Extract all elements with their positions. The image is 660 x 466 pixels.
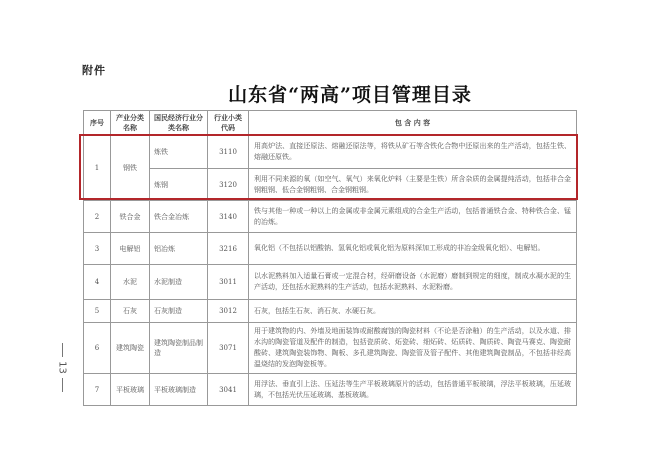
header-category: 国民经济行业分类名称 xyxy=(150,111,208,136)
row-no: 6 xyxy=(84,323,111,374)
row-no: 3 xyxy=(84,233,111,265)
header-no: 序号 xyxy=(84,111,111,136)
row-content: 铁与其他一种或一种以上的金属或非金属元素组成的合金生产活动，包括普通铁合金、特种… xyxy=(249,201,577,233)
row-industry: 钢铁 xyxy=(111,136,150,201)
row-category: 建筑陶瓷制品制造 xyxy=(150,323,208,374)
row-industry: 建筑陶瓷 xyxy=(111,323,150,374)
row-category: 水泥制造 xyxy=(150,265,208,300)
row-code: 3120 xyxy=(208,169,249,201)
table-row: 2 铁合金 铁合金冶炼 3140 铁与其他一种或一种以上的金属或非金属元素组成的… xyxy=(84,201,577,233)
table-row: 5 石灰 石灰制造 3012 石灰，包括生石灰、消石灰、水硬石灰。 xyxy=(84,300,577,323)
row-code: 3012 xyxy=(208,300,249,323)
row-industry: 铁合金 xyxy=(111,201,150,233)
row-code: 3041 xyxy=(208,374,249,406)
row-category: 炼钢 xyxy=(150,169,208,201)
row-industry: 水泥 xyxy=(111,265,150,300)
catalog-table: 序号 产业分类名称 国民经济行业分类名称 行业小类代码 包 含 内 容 1 钢铁… xyxy=(83,110,577,406)
row-no: 1 xyxy=(84,136,111,201)
row-content: 以水泥熟料加入适量石膏或一定混合材，经研磨设备（水泥磨）磨制到规定的细度，制成水… xyxy=(249,265,577,300)
table-header-row: 序号 产业分类名称 国民经济行业分类名称 行业小类代码 包 含 内 容 xyxy=(84,111,577,136)
row-code: 3140 xyxy=(208,201,249,233)
row-no: 2 xyxy=(84,201,111,233)
divider xyxy=(62,378,63,392)
row-category: 炼铁 xyxy=(150,136,208,169)
row-code: 3011 xyxy=(208,265,249,300)
row-code: 3071 xyxy=(208,323,249,374)
row-content: 用浮法、垂直引上法、压延法等生产平板玻璃原片的活动，包括普通平板玻璃，浮法平板玻… xyxy=(249,374,577,406)
row-industry: 石灰 xyxy=(111,300,150,323)
table-row: 炼钢 3120 利用不同来源的氧（如空气、氧气）来氧化炉料（主要是生铁）所含杂质… xyxy=(84,169,577,201)
table-row: 4 水泥 水泥制造 3011 以水泥熟料加入适量石膏或一定混合材，经研磨设备（水… xyxy=(84,265,577,300)
header-content: 包 含 内 容 xyxy=(249,111,577,136)
divider xyxy=(62,343,63,357)
page-title: 山东省“两高”项目管理目录 xyxy=(0,80,660,107)
page-number: 13 xyxy=(55,343,69,403)
header-industry: 产业分类名称 xyxy=(111,111,150,136)
page-number-text: 13 xyxy=(57,361,68,375)
row-industry: 电解铝 xyxy=(111,233,150,265)
row-content: 氧化铝（不包括以铝酸钠、氢氧化铝或氧化铝为原料深加工形成的非冶金级氧化铝）、电解… xyxy=(249,233,577,265)
table-row: 1 钢铁 炼铁 3110 用高炉法、直接还原法、熔融还原法等，将铁从矿石等含铁化… xyxy=(84,136,577,169)
attachment-label: 附件 xyxy=(82,62,106,78)
row-content: 石灰，包括生石灰、消石灰、水硬石灰。 xyxy=(249,300,577,323)
row-no: 7 xyxy=(84,374,111,406)
row-code: 3216 xyxy=(208,233,249,265)
row-content: 利用不同来源的氧（如空气、氧气）来氧化炉料（主要是生铁）所含杂质的金属提纯活动，… xyxy=(249,169,577,201)
row-no: 5 xyxy=(84,300,111,323)
row-category: 铁合金冶炼 xyxy=(150,201,208,233)
row-content: 用高炉法、直接还原法、熔融还原法等，将铁从矿石等含铁化合物中还原出来的生产活动，… xyxy=(249,136,577,169)
table-row: 6 建筑陶瓷 建筑陶瓷制品制造 3071 用于建筑物的内、外墙及地面装饰或耐酸腐… xyxy=(84,323,577,374)
row-content: 用于建筑物的内、外墙及地面装饰或耐酸腐蚀的陶瓷材料（不论是否涂釉）的生产活动，以… xyxy=(249,323,577,374)
table-row: 7 平板玻璃 平板玻璃制造 3041 用浮法、垂直引上法、压延法等生产平板玻璃原… xyxy=(84,374,577,406)
row-category: 平板玻璃制造 xyxy=(150,374,208,406)
row-no: 4 xyxy=(84,265,111,300)
table-row: 3 电解铝 铝冶炼 3216 氧化铝（不包括以铝酸钠、氢氧化铝或氧化铝为原料深加… xyxy=(84,233,577,265)
row-category: 石灰制造 xyxy=(150,300,208,323)
header-code: 行业小类代码 xyxy=(208,111,249,136)
row-industry: 平板玻璃 xyxy=(111,374,150,406)
row-category: 铝冶炼 xyxy=(150,233,208,265)
row-code: 3110 xyxy=(208,136,249,169)
